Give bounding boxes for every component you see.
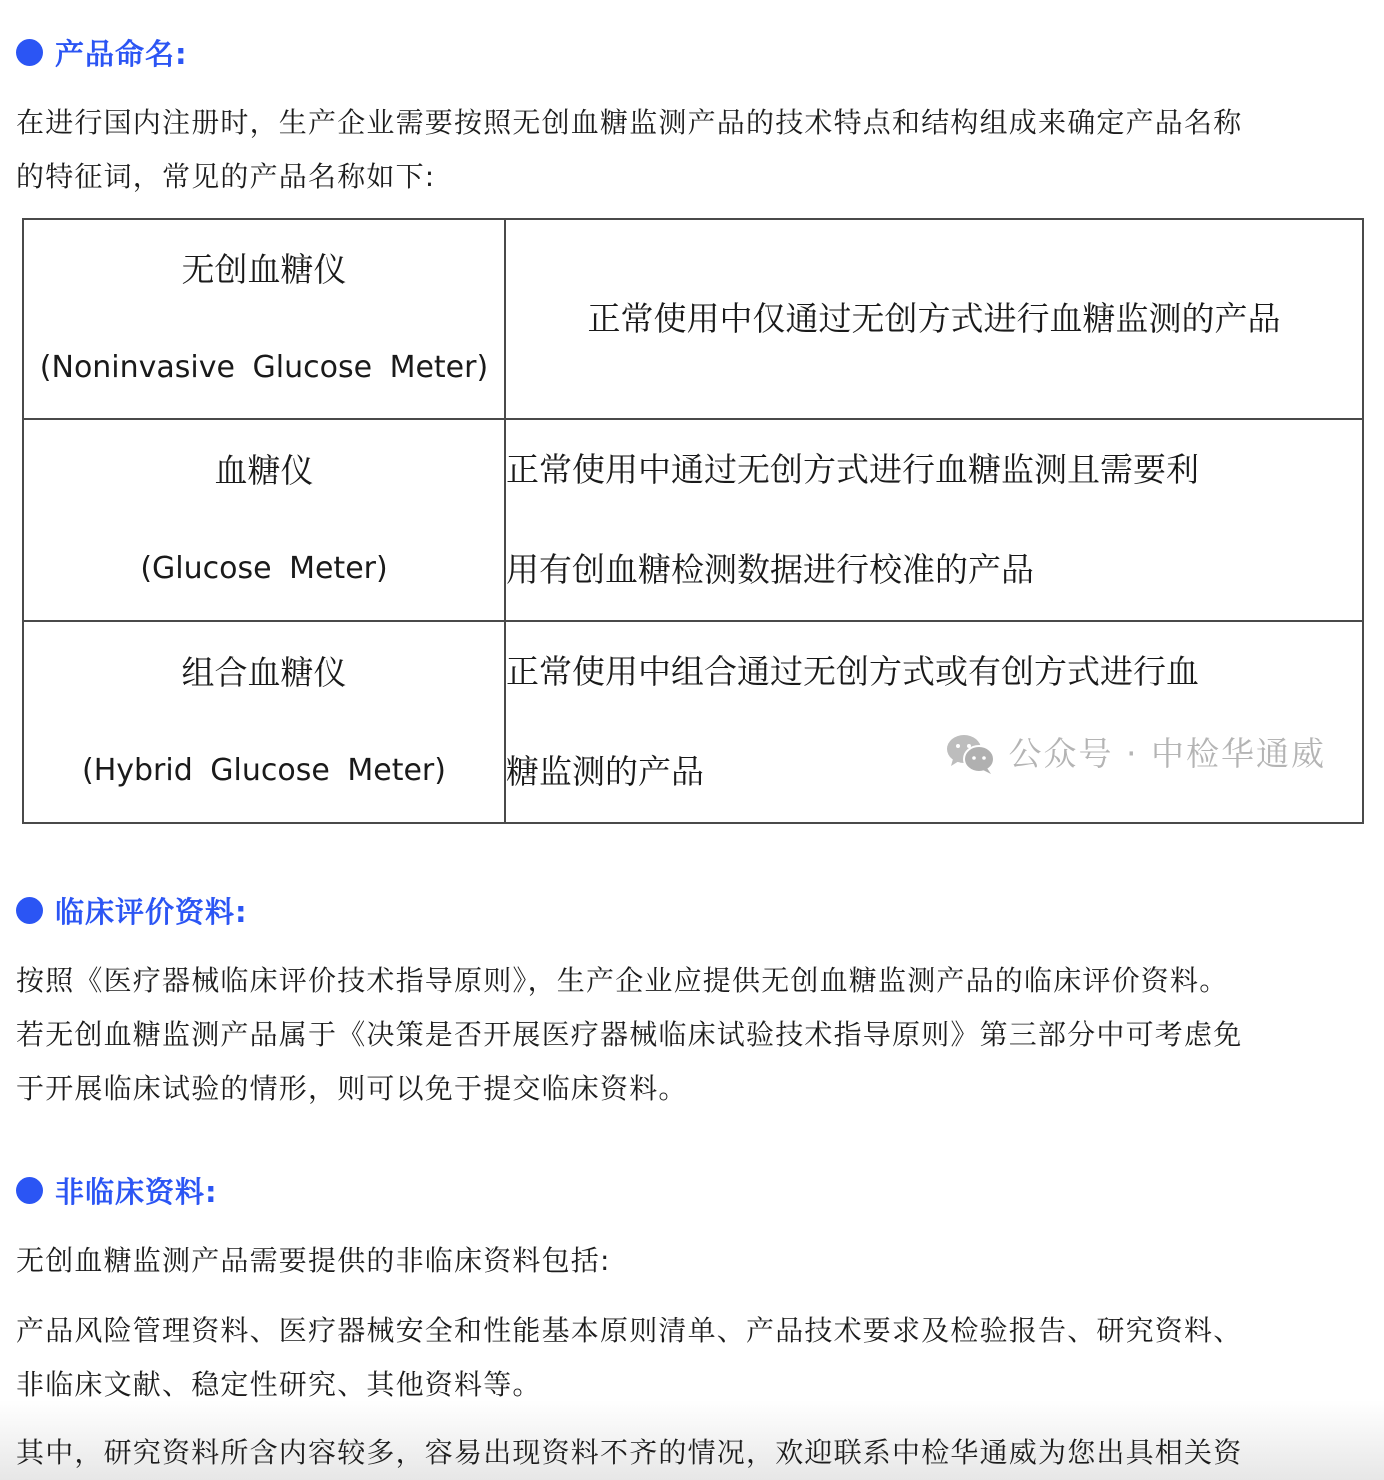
intro-paragraph-line-2: 的特征词，常见的产品名称如下:: [16, 150, 1376, 204]
product-name-cell: 组合血糖仪 (Hybrid Glucose Meter): [23, 621, 505, 823]
section-heading-clinical-evaluation: 临床评价资料:: [16, 890, 248, 930]
description-line: 用有创血糖检测数据进行校准的产品: [506, 520, 1362, 620]
description-line: 正常使用中仅通过无创方式进行血糖监测的产品: [588, 299, 1281, 338]
product-name-en: (Noninvasive Glucose Meter): [24, 348, 504, 388]
product-name-cn: 血糖仪: [24, 451, 504, 491]
clinical-paragraph-line-1: 按照《医疗器械临床评价技术指导原则》，生产企业应提供无创血糖监测产品的临床评价资…: [16, 954, 1376, 1008]
description-line: 正常使用中通过无创方式进行血糖监测且需要利: [506, 420, 1362, 520]
product-name-cn: 组合血糖仪: [24, 653, 504, 693]
clinical-paragraph-line-3: 于开展临床试验的情形，则可以免于提交临床资料。: [16, 1062, 1376, 1116]
section-heading-product-naming: 产品命名:: [16, 32, 188, 72]
product-name-en: (Hybrid Glucose Meter): [24, 751, 504, 791]
watermark-text: 公众号 · 中检华通威: [1009, 704, 1326, 804]
nonclinical-note: 其中，研究资料所含内容较多，容易出现资料不齐的情况，欢迎联系中检华通威为您出具相…: [16, 1426, 1376, 1480]
heading-text: 产品命名:: [55, 32, 188, 73]
product-name-table: 无创血糖仪 (Noninvasive Glucose Meter) 正常使用中仅…: [22, 218, 1364, 824]
nonclinical-intro: 无创血糖监测产品需要提供的非临床资料包括:: [16, 1234, 1376, 1288]
bullet-dot-icon: [16, 1177, 43, 1204]
intro-paragraph-line-1: 在进行国内注册时，生产企业需要按照无创血糖监测产品的技术特点和结构组成来确定产品…: [16, 96, 1376, 150]
watermark: 公众号 · 中检华通威: [945, 704, 1326, 804]
product-name-cell: 无创血糖仪 (Noninvasive Glucose Meter): [23, 219, 505, 419]
product-name-en: (Glucose Meter): [24, 549, 504, 589]
table-row: 血糖仪 (Glucose Meter) 正常使用中通过无创方式进行血糖监测且需要…: [23, 419, 1363, 621]
product-description-cell: 正常使用中通过无创方式进行血糖监测且需要利 用有创血糖检测数据进行校准的产品: [505, 419, 1363, 621]
heading-text: 临床评价资料:: [55, 890, 248, 931]
bullet-dot-icon: [16, 897, 43, 924]
product-name-cn: 无创血糖仪: [24, 250, 504, 290]
nonclinical-list-line-1: 产品风险管理资料、医疗器械安全和性能基本原则清单、产品技术要求及检验报告、研究资…: [16, 1304, 1376, 1358]
heading-text: 非临床资料:: [55, 1170, 218, 1211]
product-description-cell: 正常使用中仅通过无创方式进行血糖监测的产品: [505, 219, 1363, 419]
table-row: 组合血糖仪 (Hybrid Glucose Meter) 正常使用中组合通过无创…: [23, 621, 1363, 823]
table-row: 无创血糖仪 (Noninvasive Glucose Meter) 正常使用中仅…: [23, 219, 1363, 419]
article-page: 产品命名: 在进行国内注册时，生产企业需要按照无创血糖监测产品的技术特点和结构组…: [0, 0, 1384, 1480]
wechat-icon: [945, 733, 997, 775]
product-description-cell: 正常使用中组合通过无创方式或有创方式进行血 糖监测的产品 公众号 · 中检华通威: [505, 621, 1363, 823]
section-heading-non-clinical: 非临床资料:: [16, 1170, 218, 1210]
product-name-cell: 血糖仪 (Glucose Meter): [23, 419, 505, 621]
clinical-paragraph-line-2: 若无创血糖监测产品属于《决策是否开展医疗器械临床试验技术指导原则》第三部分中可考…: [16, 1008, 1376, 1062]
bullet-dot-icon: [16, 39, 43, 66]
